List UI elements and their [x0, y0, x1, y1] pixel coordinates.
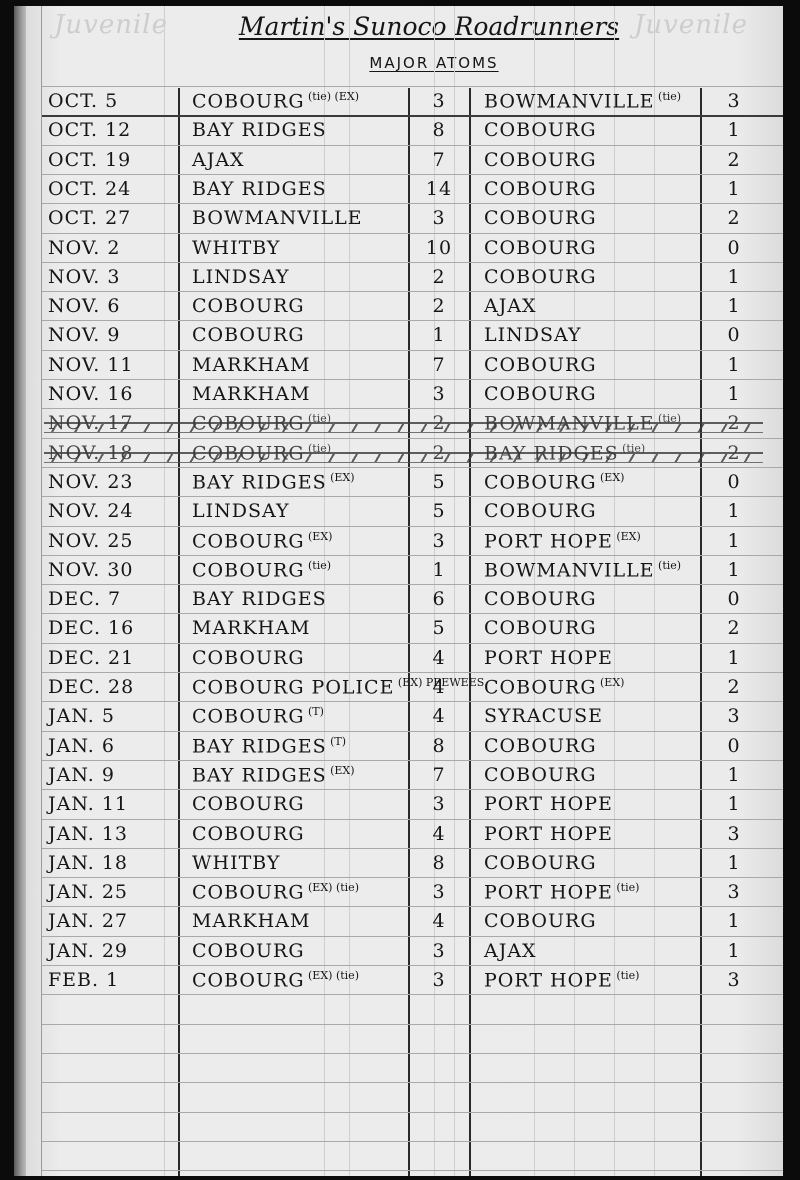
game-score-opponent: 3	[704, 823, 764, 845]
game-score-opponent-text: 3	[727, 969, 740, 991]
game-date: NOV. 16	[48, 383, 176, 405]
game-opponent-text: COBOURG	[484, 617, 597, 639]
game-date-text: OCT. 19	[48, 149, 131, 171]
game-score-opponent: 2	[704, 149, 764, 171]
game-row: NOV. 24LINDSAY5COBOURG1	[14, 498, 783, 527]
game-score-opponent: 1	[704, 178, 764, 200]
game-score-team: 8	[409, 852, 469, 874]
game-opponent-text: COBOURG	[484, 735, 597, 757]
game-score-opponent-text: 1	[727, 530, 740, 552]
game-score-opponent-text: 1	[727, 910, 740, 932]
game-score-opponent-text: 1	[727, 500, 740, 522]
game-team-text: LINDSAY	[192, 500, 290, 522]
game-team-note: (EX)	[327, 471, 355, 484]
game-team: COBOURG	[192, 823, 392, 845]
game-score-team-text: 1	[432, 559, 445, 581]
game-team-text: COBOURG	[192, 530, 305, 552]
game-score-opponent-text: 0	[727, 471, 740, 493]
game-team-text: BAY RIDGES	[192, 764, 327, 786]
game-date-text: FEB. 1	[48, 969, 119, 991]
game-score-opponent-text: 2	[727, 617, 740, 639]
game-score-team-text: 4	[432, 676, 445, 698]
game-score-team-text: 3	[432, 881, 445, 903]
game-team-note: (tie) (EX)	[305, 90, 359, 103]
game-team-note: (tie)	[305, 559, 332, 572]
game-date: FEB. 1	[48, 969, 176, 991]
game-row: OCT. 24BAY RIDGES14COBOURG1	[14, 176, 783, 205]
game-score-team: 1	[409, 559, 469, 581]
game-score-opponent-text: 1	[727, 647, 740, 669]
game-opponent-text: COBOURG	[484, 237, 597, 259]
game-opponent: COBOURG (EX)	[484, 676, 694, 698]
game-opponent: SYRACUSE	[484, 705, 694, 727]
game-team-text: BAY RIDGES	[192, 471, 327, 493]
game-team-text: COBOURG POLICE	[192, 676, 394, 698]
game-date: OCT. 19	[48, 149, 176, 171]
game-team: COBOURG	[192, 295, 392, 317]
game-team-text: COBOURG	[192, 647, 305, 669]
game-row-struck: NOV. 17COBOURG (tie)2BOWMANVILLE (tie)2	[14, 410, 783, 439]
ledger-page: Juvenile Juvenile Martin's Sunoco Roadru…	[14, 6, 783, 1176]
game-score-opponent-text: 0	[727, 735, 740, 757]
game-opponent: COBOURG	[484, 178, 694, 200]
game-score-opponent: 1	[704, 764, 764, 786]
game-score-team-text: 3	[432, 90, 445, 112]
game-opponent-note: (tie)	[613, 969, 640, 982]
game-team-text: BAY RIDGES	[192, 178, 327, 200]
game-row: NOV. 16MARKHAM3COBOURG1	[14, 381, 783, 410]
game-date-text: NOV. 9	[48, 324, 120, 346]
game-opponent-text: PORT HOPE	[484, 881, 613, 903]
game-date-text: JAN. 18	[48, 852, 128, 874]
game-row: NOV. 30COBOURG (tie)1BOWMANVILLE (tie)1	[14, 557, 783, 586]
game-team: COBOURG (tie)	[192, 559, 392, 581]
game-date-text: JAN. 9	[48, 764, 115, 786]
game-date: NOV. 30	[48, 559, 176, 581]
game-score-team-text: 7	[432, 149, 445, 171]
game-row: DEC. 7BAY RIDGES6COBOURG0	[14, 586, 783, 615]
game-row: NOV. 23BAY RIDGES (EX)5COBOURG (EX)0	[14, 469, 783, 498]
game-date-text: JAN. 5	[48, 705, 115, 727]
game-score-team: 7	[409, 354, 469, 376]
game-opponent-text: COBOURG	[484, 910, 597, 932]
game-date: NOV. 6	[48, 295, 176, 317]
game-date: DEC. 16	[48, 617, 176, 639]
game-team: COBOURG	[192, 793, 392, 815]
game-score-team: 8	[409, 119, 469, 141]
game-team-text: COBOURG	[192, 324, 305, 346]
game-team: LINDSAY	[192, 266, 392, 288]
game-score-team: 3	[409, 940, 469, 962]
row-rule	[42, 1112, 783, 1113]
game-opponent: COBOURG	[484, 764, 694, 786]
game-score-team-text: 7	[432, 764, 445, 786]
game-opponent-text: BOWMANVILLE	[484, 559, 655, 581]
game-opponent: COBOURG	[484, 383, 694, 405]
game-date: NOV. 11	[48, 354, 176, 376]
game-team: MARKHAM	[192, 383, 392, 405]
game-score-team: 1	[409, 324, 469, 346]
game-score-team: 3	[409, 793, 469, 815]
game-score-team: 4	[409, 647, 469, 669]
game-score-opponent-text: 3	[727, 705, 740, 727]
game-date: NOV. 23	[48, 471, 176, 493]
game-date-text: DEC. 28	[48, 676, 134, 698]
game-score-opponent: 0	[704, 735, 764, 757]
row-rule	[42, 1141, 783, 1142]
game-opponent-text: COBOURG	[484, 471, 597, 493]
game-row: JAN. 9BAY RIDGES (EX)7COBOURG1	[14, 762, 783, 791]
game-opponent: PORT HOPE (tie)	[484, 969, 694, 991]
game-score-team: 3	[409, 530, 469, 552]
game-opponent-text: COBOURG	[484, 149, 597, 171]
row-rule	[42, 1170, 783, 1171]
game-opponent-text: BOWMANVILLE	[484, 90, 655, 112]
game-row: JAN. 18WHITBY8COBOURG1	[14, 850, 783, 879]
game-date: DEC. 28	[48, 676, 176, 698]
game-score-team: 4	[409, 910, 469, 932]
game-opponent: PORT HOPE (EX)	[484, 530, 694, 552]
game-date: DEC. 7	[48, 588, 176, 610]
game-opponent-text: COBOURG	[484, 207, 597, 229]
game-score-opponent-text: 1	[727, 178, 740, 200]
game-opponent-text: COBOURG	[484, 500, 597, 522]
game-date-text: JAN. 29	[48, 940, 128, 962]
game-date-text: JAN. 11	[48, 793, 128, 815]
game-date-text: DEC. 21	[48, 647, 134, 669]
game-score-opponent: 1	[704, 383, 764, 405]
game-score-team-text: 14	[426, 178, 452, 200]
game-opponent: COBOURG	[484, 617, 694, 639]
game-score-team-text: 8	[432, 119, 445, 141]
game-team: COBOURG (EX) (tie)	[192, 881, 392, 903]
game-opponent-text: COBOURG	[484, 266, 597, 288]
game-score-team-text: 4	[432, 705, 445, 727]
strikethrough-scribble	[44, 422, 763, 433]
game-score-team-text: 3	[432, 793, 445, 815]
game-score-team-text: 2	[432, 266, 445, 288]
game-team-text: COBOURG	[192, 940, 305, 962]
game-opponent: PORT HOPE (tie)	[484, 881, 694, 903]
game-opponent-text: COBOURG	[484, 852, 597, 874]
game-row: OCT. 12BAY RIDGES8COBOURG1	[14, 117, 783, 146]
game-team: COBOURG	[192, 940, 392, 962]
game-date: JAN. 18	[48, 852, 176, 874]
game-row: DEC. 28COBOURG POLICE (EX) PEEWEES4COBOU…	[14, 674, 783, 703]
game-date: JAN. 11	[48, 793, 176, 815]
game-row: OCT. 19AJAX7COBOURG2	[14, 147, 783, 176]
game-score-team: 4	[409, 676, 469, 698]
game-opponent-text: COBOURG	[484, 119, 597, 141]
game-score-team: 7	[409, 764, 469, 786]
game-team: COBOURG (EX)	[192, 530, 392, 552]
game-row: NOV. 6COBOURG2AJAX1	[14, 293, 783, 322]
game-opponent: PORT HOPE	[484, 793, 694, 815]
game-opponent: BOWMANVILLE (tie)	[484, 90, 694, 112]
game-team-note: (EX)	[305, 530, 333, 543]
game-score-team: 8	[409, 735, 469, 757]
game-score-team-text: 3	[432, 969, 445, 991]
game-team-text: COBOURG	[192, 793, 305, 815]
game-row: NOV. 2WHITBY10COBOURG0	[14, 235, 783, 264]
game-score-opponent: 3	[704, 90, 764, 112]
game-score-opponent-text: 0	[727, 588, 740, 610]
game-team: BAY RIDGES (T)	[192, 735, 392, 757]
game-score-opponent-text: 1	[727, 119, 740, 141]
game-score-team: 5	[409, 500, 469, 522]
game-score-team-text: 8	[432, 852, 445, 874]
game-score-team-text: 6	[432, 588, 445, 610]
game-score-opponent: 3	[704, 705, 764, 727]
game-score-team-text: 2	[432, 295, 445, 317]
game-opponent: COBOURG	[484, 588, 694, 610]
game-score-opponent-text: 2	[727, 207, 740, 229]
game-opponent: COBOURG (EX)	[484, 471, 694, 493]
game-row: JAN. 25COBOURG (EX) (tie)3PORT HOPE (tie…	[14, 879, 783, 908]
game-team-note: (EX) (tie)	[305, 881, 359, 894]
game-date: JAN. 5	[48, 705, 176, 727]
game-score-team-text: 5	[432, 500, 445, 522]
row-rule	[42, 1082, 783, 1083]
game-team-text: MARKHAM	[192, 617, 310, 639]
game-opponent-note: (tie)	[613, 881, 640, 894]
game-row: NOV. 25COBOURG (EX)3PORT HOPE (EX)1	[14, 528, 783, 557]
game-score-opponent-text: 2	[727, 676, 740, 698]
game-opponent-text: PORT HOPE	[484, 823, 613, 845]
game-score-opponent: 1	[704, 295, 764, 317]
game-score-team-text: 5	[432, 617, 445, 639]
game-opponent: COBOURG	[484, 207, 694, 229]
game-opponent: COBOURG	[484, 149, 694, 171]
game-score-opponent-text: 0	[727, 237, 740, 259]
game-team: BAY RIDGES	[192, 119, 392, 141]
game-score-team: 10	[409, 237, 469, 259]
game-opponent: COBOURG	[484, 735, 694, 757]
game-row-struck: NOV. 18COBOURG (tie)2BAY RIDGES (tie)2	[14, 440, 783, 469]
row-rule	[42, 1024, 783, 1025]
game-team: MARKHAM	[192, 617, 392, 639]
game-team: BAY RIDGES	[192, 178, 392, 200]
game-opponent-text: COBOURG	[484, 764, 597, 786]
game-opponent: PORT HOPE	[484, 647, 694, 669]
game-team-text: WHITBY	[192, 852, 280, 874]
game-opponent: COBOURG	[484, 237, 694, 259]
game-row: JAN. 13COBOURG4PORT HOPE3	[14, 821, 783, 850]
game-date-text: JAN. 13	[48, 823, 128, 845]
game-score-team: 3	[409, 207, 469, 229]
game-team-text: COBOURG	[192, 559, 305, 581]
game-team: WHITBY	[192, 237, 392, 259]
game-opponent-text: COBOURG	[484, 178, 597, 200]
game-team: COBOURG (T)	[192, 705, 392, 727]
bleed-through-right: Juvenile	[634, 10, 748, 40]
game-team: COBOURG	[192, 324, 392, 346]
game-score-opponent-text: 3	[727, 823, 740, 845]
game-team-text: COBOURG	[192, 881, 305, 903]
game-row: NOV. 11MARKHAM7COBOURG1	[14, 352, 783, 381]
game-score-team-text: 5	[432, 471, 445, 493]
game-date: OCT. 27	[48, 207, 176, 229]
game-score-opponent: 0	[704, 471, 764, 493]
game-row: JAN. 11COBOURG3PORT HOPE1	[14, 791, 783, 820]
game-score-team-text: 8	[432, 735, 445, 757]
game-score-opponent: 1	[704, 940, 764, 962]
game-team-text: MARKHAM	[192, 383, 310, 405]
game-date: NOV. 24	[48, 500, 176, 522]
game-team-text: WHITBY	[192, 237, 280, 259]
game-team-text: LINDSAY	[192, 266, 290, 288]
game-score-opponent-text: 1	[727, 354, 740, 376]
game-score-team: 3	[409, 969, 469, 991]
game-row: JAN. 5COBOURG (T)4SYRACUSE3	[14, 703, 783, 732]
game-score-team: 4	[409, 823, 469, 845]
game-row: DEC. 16MARKHAM5COBOURG2	[14, 615, 783, 644]
game-date-text: JAN. 6	[48, 735, 115, 757]
game-score-opponent: 1	[704, 852, 764, 874]
game-score-team: 3	[409, 383, 469, 405]
game-team: MARKHAM	[192, 354, 392, 376]
game-score-team: 4	[409, 705, 469, 727]
game-team: COBOURG (tie) (EX)	[192, 90, 392, 112]
game-date-text: JAN. 27	[48, 910, 128, 932]
game-opponent: LINDSAY	[484, 324, 694, 346]
game-team: COBOURG (EX) (tie)	[192, 969, 392, 991]
game-team-note: (EX)	[327, 764, 355, 777]
game-opponent-text: COBOURG	[484, 588, 597, 610]
game-score-opponent: 1	[704, 266, 764, 288]
game-opponent-note: (tie)	[655, 559, 682, 572]
game-score-team-text: 4	[432, 823, 445, 845]
game-team-text: BAY RIDGES	[192, 735, 327, 757]
game-opponent-text: PORT HOPE	[484, 793, 613, 815]
game-opponent-note: (EX)	[597, 676, 625, 689]
game-team: BAY RIDGES (EX)	[192, 471, 392, 493]
game-date: OCT. 12	[48, 119, 176, 141]
game-score-opponent: 3	[704, 969, 764, 991]
game-score-opponent-text: 1	[727, 793, 740, 815]
game-opponent-text: LINDSAY	[484, 324, 582, 346]
game-score-team-text: 10	[426, 237, 452, 259]
game-date-text: OCT. 24	[48, 178, 131, 200]
game-score-team: 5	[409, 471, 469, 493]
game-date: NOV. 9	[48, 324, 176, 346]
game-date-text: OCT. 5	[48, 90, 118, 112]
game-opponent-text: PORT HOPE	[484, 647, 613, 669]
game-score-opponent: 3	[704, 881, 764, 903]
game-date: DEC. 21	[48, 647, 176, 669]
game-opponent: COBOURG	[484, 119, 694, 141]
game-date-text: DEC. 16	[48, 617, 134, 639]
game-score-team-text: 4	[432, 647, 445, 669]
game-score-opponent: 1	[704, 793, 764, 815]
game-row: FEB. 1COBOURG (EX) (tie)3PORT HOPE (tie)…	[14, 967, 783, 996]
game-opponent-text: PORT HOPE	[484, 969, 613, 991]
game-score-team: 14	[409, 178, 469, 200]
game-score-opponent-text: 1	[727, 559, 740, 581]
game-score-opponent: 1	[704, 530, 764, 552]
game-date-text: NOV. 11	[48, 354, 134, 376]
game-team-text: COBOURG	[192, 90, 305, 112]
game-score-opponent-text: 3	[727, 90, 740, 112]
row-rule	[42, 1053, 783, 1054]
game-score-opponent: 2	[704, 676, 764, 698]
game-team: LINDSAY	[192, 500, 392, 522]
game-score-opponent: 1	[704, 500, 764, 522]
game-row: NOV. 9COBOURG1LINDSAY0	[14, 322, 783, 351]
game-opponent: COBOURG	[484, 500, 694, 522]
game-date-text: NOV. 2	[48, 237, 120, 259]
game-date: NOV. 2	[48, 237, 176, 259]
game-opponent-text: COBOURG	[484, 354, 597, 376]
game-team: COBOURG POLICE (EX) PEEWEES	[192, 676, 392, 698]
game-score-team-text: 3	[432, 207, 445, 229]
game-score-opponent: 0	[704, 588, 764, 610]
game-score-opponent-text: 3	[727, 881, 740, 903]
game-row: NOV. 3LINDSAY2COBOURG1	[14, 264, 783, 293]
game-score-team: 6	[409, 588, 469, 610]
game-score-opponent: 1	[704, 354, 764, 376]
game-row: JAN. 29COBOURG3AJAX1	[14, 938, 783, 967]
game-team-note: (T)	[327, 735, 346, 748]
game-date-text: NOV. 23	[48, 471, 134, 493]
game-score-team-text: 3	[432, 940, 445, 962]
game-score-team-text: 3	[432, 530, 445, 552]
game-date: JAN. 29	[48, 940, 176, 962]
game-date: OCT. 5	[48, 90, 176, 112]
game-row: OCT. 27BOWMANVILLE3COBOURG2	[14, 205, 783, 234]
game-date-text: DEC. 7	[48, 588, 121, 610]
game-score-opponent: 1	[704, 910, 764, 932]
game-row: JAN. 6BAY RIDGES (T)8COBOURG0	[14, 733, 783, 762]
game-team-text: BOWMANVILLE	[192, 207, 363, 229]
game-opponent: COBOURG	[484, 354, 694, 376]
game-opponent-note: (tie)	[655, 90, 682, 103]
game-score-opponent-text: 1	[727, 940, 740, 962]
game-score-opponent-text: 1	[727, 266, 740, 288]
game-score-opponent: 0	[704, 324, 764, 346]
game-team-text: COBOURG	[192, 823, 305, 845]
game-score-team-text: 3	[432, 383, 445, 405]
game-date: JAN. 6	[48, 735, 176, 757]
game-opponent: AJAX	[484, 940, 694, 962]
game-score-team: 2	[409, 295, 469, 317]
game-team-text: BAY RIDGES	[192, 119, 327, 141]
game-opponent: PORT HOPE	[484, 823, 694, 845]
game-team-note: (EX) (tie)	[305, 969, 359, 982]
game-team-text: COBOURG	[192, 705, 305, 727]
strikethrough-scribble	[44, 452, 763, 463]
game-score-team: 7	[409, 149, 469, 171]
game-date-text: NOV. 3	[48, 266, 120, 288]
game-score-opponent: 1	[704, 559, 764, 581]
game-date: JAN. 9	[48, 764, 176, 786]
game-date-text: NOV. 6	[48, 295, 120, 317]
row-rule	[42, 86, 783, 87]
game-team: MARKHAM	[192, 910, 392, 932]
game-opponent-text: PORT HOPE	[484, 530, 613, 552]
game-team: COBOURG	[192, 647, 392, 669]
game-team-text: COBOURG	[192, 295, 305, 317]
game-score-opponent: 2	[704, 207, 764, 229]
game-team: AJAX	[192, 149, 392, 171]
game-opponent-text: SYRACUSE	[484, 705, 603, 727]
game-score-team: 3	[409, 881, 469, 903]
game-opponent-text: COBOURG	[484, 676, 597, 698]
game-date: JAN. 27	[48, 910, 176, 932]
page-title: Martin's Sunoco Roadrunners	[229, 12, 629, 41]
game-score-team: 5	[409, 617, 469, 639]
game-date-text: NOV. 25	[48, 530, 134, 552]
